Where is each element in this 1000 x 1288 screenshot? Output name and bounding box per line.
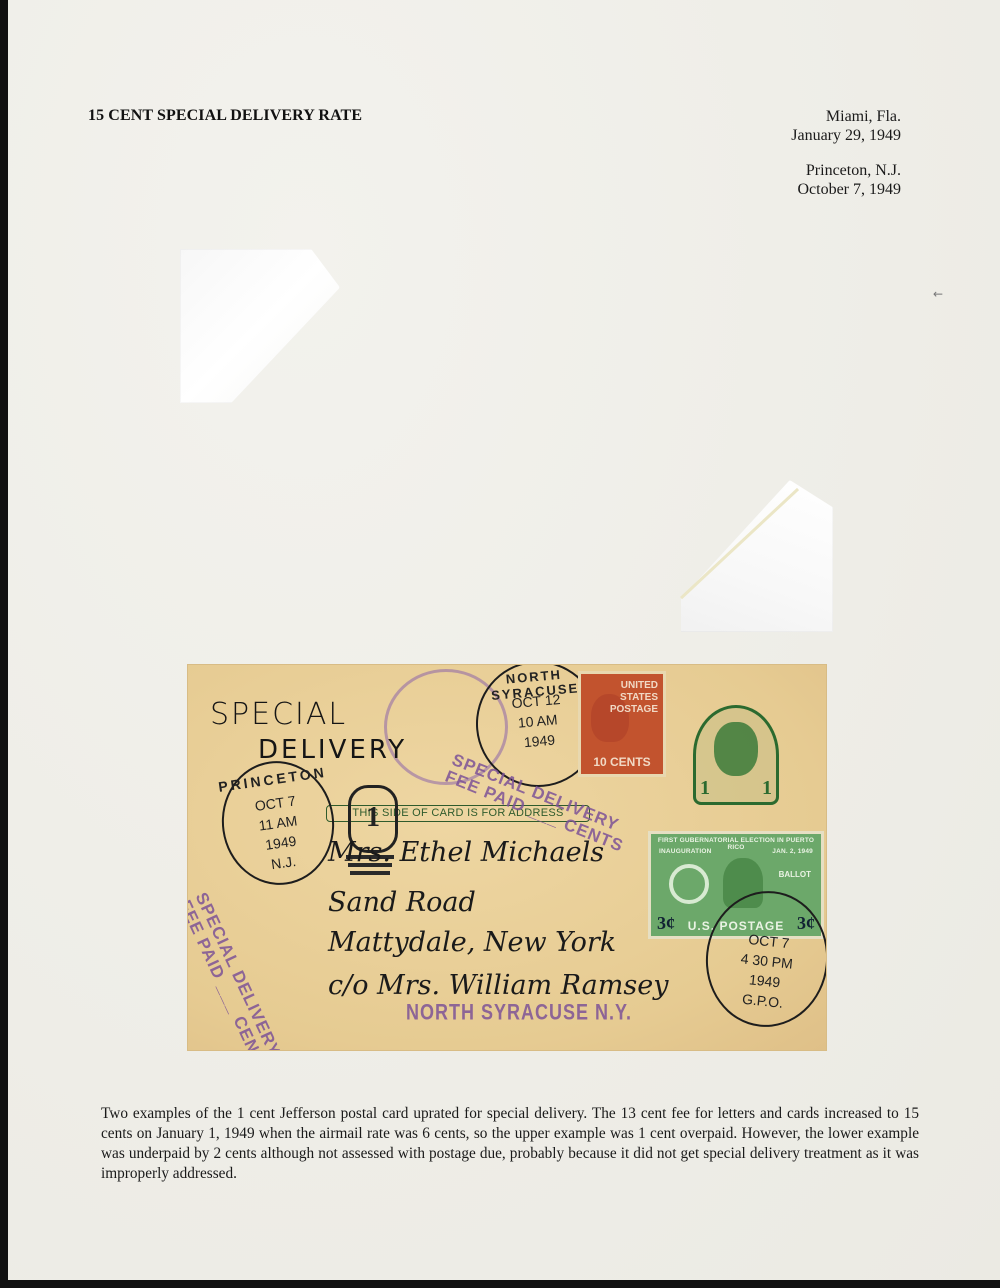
scan-border: [0, 1280, 1000, 1288]
location-2: Princeton, N.J. October 7, 1949: [791, 161, 901, 199]
princeton-postmark: PRINCETON OCT 7 11 AM 1949 N.J.: [214, 754, 342, 892]
location-2-date: October 7, 1949: [791, 180, 901, 199]
location-1-place: Miami, Fla.: [791, 107, 901, 126]
special-delivery-fee-handstamp-left: SPECIAL DELIVERY FEE PAID ___ CENTS: [188, 890, 289, 1050]
address-line-2: Sand Road: [328, 887, 476, 918]
pencil-arrow-mark: ←: [933, 287, 943, 301]
stamp-denomination: 10 CENTS: [581, 755, 663, 769]
jefferson-portrait: [714, 722, 758, 776]
empty-photo-corner-lower: [673, 480, 833, 632]
address-line-3: Mattydale, New York: [328, 927, 616, 958]
ballot-label: BALLOT: [779, 870, 811, 879]
address-line-1: Mrs. Ethel Michaels: [328, 837, 604, 868]
jefferson-one-cent-indicium: 1 1: [693, 705, 779, 805]
album-page: 15 CENT SPECIAL DELIVERY RATE Miami, Fla…: [8, 0, 1000, 1280]
indicium-value-left: 1: [700, 777, 710, 800]
stamp-right-text: JAN. 2, 1949: [772, 848, 813, 855]
location-1: Miami, Fla. January 29, 1949: [791, 107, 901, 145]
postal-card: SPECIAL DELIVERY THIS SIDE OF CARD IS FO…: [188, 665, 826, 1050]
stamp-left-text: INAUGURATION: [659, 848, 711, 855]
page-title: 15 CENT SPECIAL DELIVERY RATE: [88, 107, 362, 125]
ten-cent-tyler-stamp: UNITED STATES POSTAGE 10 CENTS: [578, 671, 666, 777]
empty-photo-corner-upper: [180, 249, 340, 403]
indicium-value-right: 1: [762, 777, 772, 800]
gear-icon: [669, 864, 709, 904]
location-2-place: Princeton, N.J.: [791, 161, 901, 180]
location-dates: Miami, Fla. January 29, 1949 Princeton, …: [791, 107, 901, 215]
description-caption: Two examples of the 1 cent Jefferson pos…: [101, 1104, 919, 1184]
cancel-bar: [350, 871, 390, 875]
north-syracuse-handstamp: NORTH SYRACUSE N.Y.: [406, 999, 632, 1025]
address-line-4: c/o Mrs. William Ramsey: [328, 970, 668, 1001]
stamp-country: UNITED STATES POSTAGE: [610, 680, 658, 716]
handwritten-special: SPECIAL: [210, 697, 347, 732]
location-1-date: January 29, 1949: [791, 126, 901, 145]
